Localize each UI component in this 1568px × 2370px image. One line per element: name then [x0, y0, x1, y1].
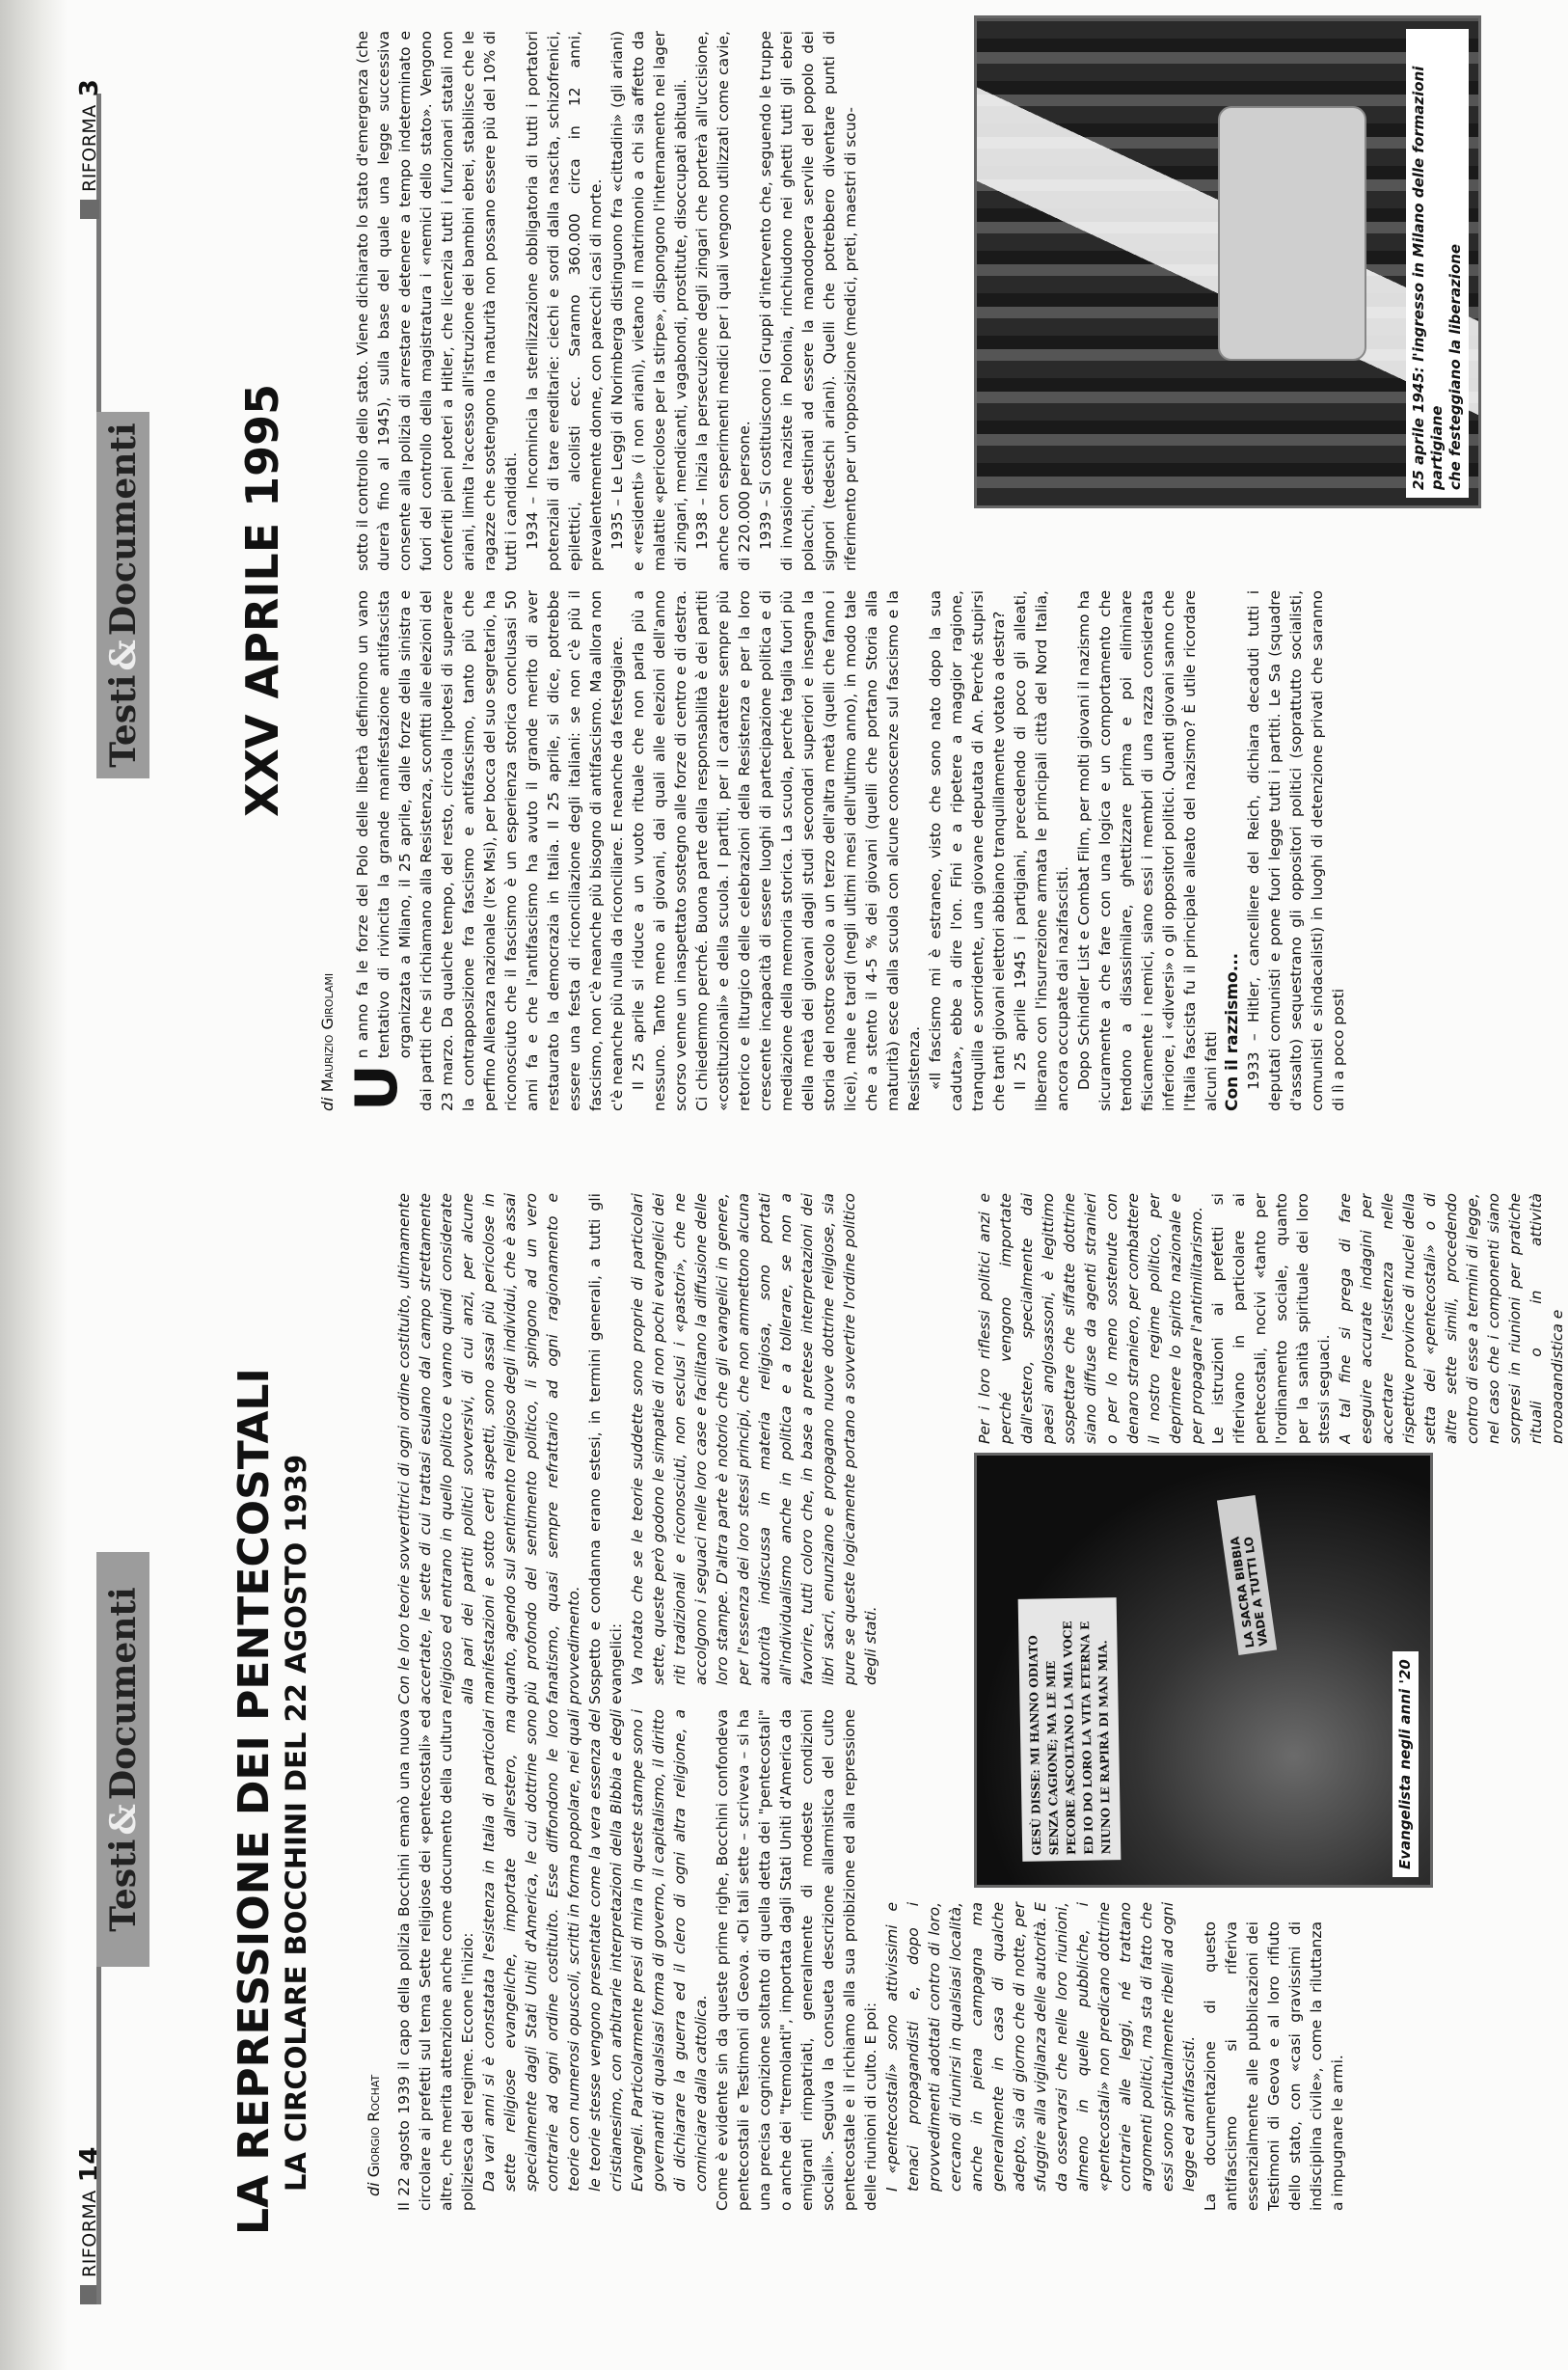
- page-3: Testi & Documenti RIFORMA 3 XXV APRILE 1…: [0, 0, 1568, 1184]
- article-title: LA REPRESSIONE DEI PENTECOSTALI: [230, 1368, 279, 2235]
- paragraph: 1933 – Hitler, cancelliere del Reich, di…: [1243, 590, 1349, 1111]
- article-subtitle: LA CIRCOLARE BOCCHINI DEL 22 AGOSTO 1939: [280, 1455, 312, 2192]
- quote-paragraph: Da vari anni si è constatata l'esistenza…: [478, 1709, 712, 2211]
- paragraph: «Il fascismo mi è estraneo, visto che so…: [925, 590, 1010, 1111]
- paragraph: Il 22 agosto 1939 il capo della polizia …: [393, 1709, 478, 2211]
- photo-liberation-milan: 25 aprile 1945: l'ingresso in Milano del…: [974, 15, 1481, 508]
- article-title: XXV APRILE 1995: [236, 384, 288, 817]
- banner-ampersand: &: [103, 640, 144, 671]
- drop-cap: U: [354, 1064, 400, 1111]
- subheading: Con il razzismo...: [1222, 590, 1243, 1111]
- section-banner: Testi & Documenti: [96, 1552, 149, 1967]
- page-number: 3: [75, 79, 104, 97]
- banner-word: Documenti: [103, 1587, 144, 1800]
- paragraph: La documentazione di questo antifascismo…: [1200, 1921, 1348, 2211]
- banner-ampersand: &: [103, 1804, 144, 1836]
- quote-paragraph: Con le loro teorie sovvertitrici di ogni…: [393, 1193, 584, 1704]
- byline: di Giorgio Rochat: [365, 2075, 383, 2196]
- byline: di Maurizio Girolami: [318, 973, 337, 1111]
- section-banner: Testi & Documenti: [96, 412, 149, 778]
- photo-truck-shape: [1218, 106, 1366, 361]
- photo-banner-text: GESÙ DISSE: MI HANNO ODIATO SENZA CAGION…: [1018, 1597, 1122, 1862]
- quote-paragraph: Va notato che se le teorie suddette sono…: [627, 1193, 881, 1704]
- quote-paragraph: A tal fine si prega di fare eseguire acc…: [1335, 1193, 1562, 1444]
- paragraph: Le istruzioni ai prefetti si riferivano …: [1207, 1193, 1335, 1444]
- page-14: RIFORMA 14 Testi & Documenti LA REPRESSI…: [0, 1184, 1568, 2370]
- paragraph: Un anno fa le forze del Polo delle liber…: [352, 590, 628, 1111]
- paragraph: Il 25 aprile si riduce a un vuoto ritual…: [628, 590, 925, 1111]
- article-column-2: Con le loro teorie sovvertitrici di ogni…: [393, 1193, 982, 1704]
- article-column-1: Un anno fa le forze del Polo delle liber…: [352, 590, 1538, 1111]
- caption-line: 25 aprile 1945: l'ingresso in Milano del…: [1410, 37, 1446, 490]
- folio: RIFORMA 3: [75, 79, 104, 219]
- paragraph: Sospetto e condanna erano estesi, in ter…: [584, 1193, 627, 1704]
- paragraph: 1935 – Le Leggi di Norimberga distinguon…: [607, 31, 691, 571]
- byline-prefix: di: [365, 2182, 383, 2196]
- article-column-2b: Per i loro riflessi politici anzi e perc…: [974, 1193, 1562, 1444]
- photo-caption: 25 aprile 1945: l'ingresso in Milano del…: [1406, 29, 1469, 498]
- banner-word: Documenti: [103, 422, 144, 636]
- folio-square-icon: [80, 200, 99, 219]
- photo-evangelist: GESÙ DISSE: MI HANNO ODIATO SENZA CAGION…: [974, 1453, 1433, 1888]
- paragraph: sotto il controllo dello stato. Viene di…: [352, 31, 522, 571]
- paragraph: Il 25 aprile 1945 i partigiani, preceden…: [1010, 590, 1073, 1111]
- photo-caption: Evangelista negli anni '20: [1392, 1651, 1419, 1877]
- paragraph: Dopo Schindler List e Combat Film, per m…: [1073, 590, 1222, 1111]
- caption-line: che festeggiano la liberazione: [1446, 37, 1465, 490]
- author-name: Maurizio Girolami: [318, 973, 337, 1092]
- paragraph: 1934 – Incomincia la sterilizzazione obb…: [522, 31, 607, 571]
- paragraph: 1938 – Inizia la persecuzione degli zing…: [691, 31, 755, 571]
- publication-name: RIFORMA: [79, 104, 100, 192]
- paragraph: Come è evidente sin da queste prime righ…: [712, 1709, 881, 2211]
- paragraph: 1939 – Si costituiscono i Gruppi d'inter…: [755, 31, 861, 571]
- byline-prefix: di: [318, 1097, 337, 1111]
- author-name: Giorgio Rochat: [365, 2075, 383, 2178]
- quote-paragraph: I «pentecostali» sono attivissimi e tena…: [881, 1902, 1200, 2211]
- quote-paragraph: Per i loro riflessi politici anzi e perc…: [974, 1193, 1207, 1444]
- header-rule: [96, 1967, 101, 2304]
- banner-word: Testi: [103, 675, 144, 768]
- newspaper-spread: RIFORMA 14 Testi & Documenti LA REPRESSI…: [0, 0, 1568, 2370]
- banner-word: Testi: [103, 1839, 144, 1932]
- paragraph-text: n anno fa le forze del Polo delle libert…: [354, 590, 626, 1111]
- article-column-2: sotto il controllo dello stato. Viene di…: [352, 31, 911, 571]
